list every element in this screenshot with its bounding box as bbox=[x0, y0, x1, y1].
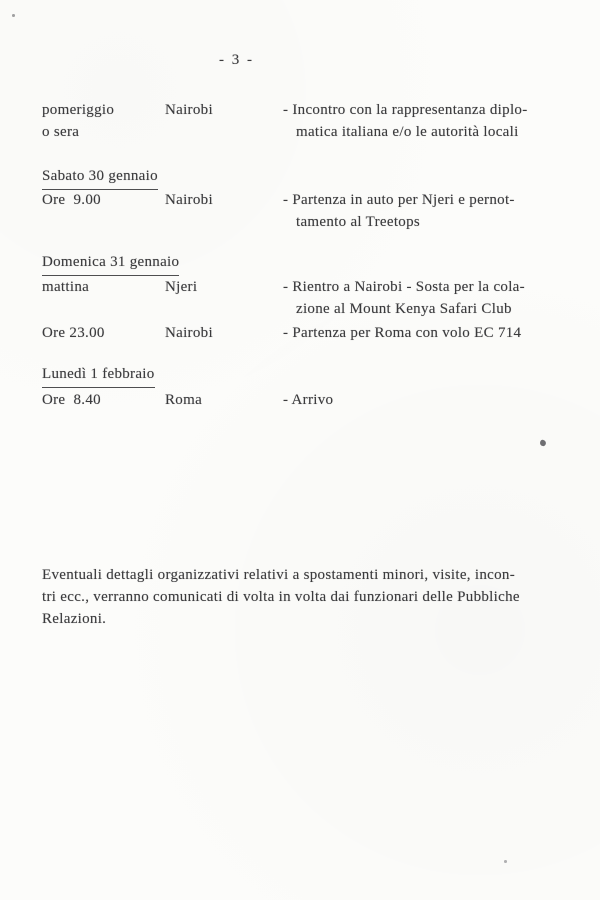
itinerary-row: pomeriggio o sera Nairobi - Incontro con… bbox=[42, 99, 572, 143]
description-cell: - Arrivo bbox=[283, 389, 572, 411]
itinerary-row: Ore 8.40 Roma - Arrivo bbox=[42, 389, 572, 411]
footer-note: Eventuali dettagli organizzativi relativ… bbox=[42, 564, 569, 630]
day-heading-lunedi: Lunedì 1 febbraio bbox=[42, 363, 155, 388]
location-cell: Njeri bbox=[165, 276, 283, 298]
page-number: - 3 - bbox=[219, 52, 254, 69]
time-cell: Ore 23.00 bbox=[42, 322, 165, 344]
itinerary-row: mattina Njeri - Rientro a Nairobi - Sost… bbox=[42, 276, 572, 320]
ink-speck bbox=[539, 439, 547, 447]
time-cell: pomeriggio o sera bbox=[42, 99, 165, 143]
ink-speck bbox=[12, 14, 15, 17]
itinerary-row: Ore 23.00 Nairobi - Partenza per Roma co… bbox=[42, 322, 572, 344]
description-cell: - Incontro con la rappresentanza diplo- … bbox=[283, 99, 572, 143]
day-heading-domenica: Domenica 31 gennaio bbox=[42, 251, 179, 276]
ink-speck bbox=[504, 860, 507, 863]
description-cell: - Rientro a Nairobi - Sosta per la cola-… bbox=[283, 276, 572, 320]
description-cell: - Partenza per Roma con volo EC 714 bbox=[283, 322, 572, 344]
document-page: - 3 - pomeriggio o sera Nairobi - Incont… bbox=[0, 0, 600, 900]
location-cell: Roma bbox=[165, 389, 283, 411]
location-cell: Nairobi bbox=[165, 189, 283, 211]
location-cell: Nairobi bbox=[165, 99, 283, 121]
day-heading-sabato: Sabato 30 gennaio bbox=[42, 165, 158, 190]
description-cell: - Partenza in auto per Njeri e pernot- t… bbox=[283, 189, 572, 233]
location-cell: Nairobi bbox=[165, 322, 283, 344]
time-cell: Ore 8.40 bbox=[42, 389, 165, 411]
itinerary-row: Ore 9.00 Nairobi - Partenza in auto per … bbox=[42, 189, 572, 233]
time-cell: mattina bbox=[42, 276, 165, 298]
time-cell: Ore 9.00 bbox=[42, 189, 165, 211]
